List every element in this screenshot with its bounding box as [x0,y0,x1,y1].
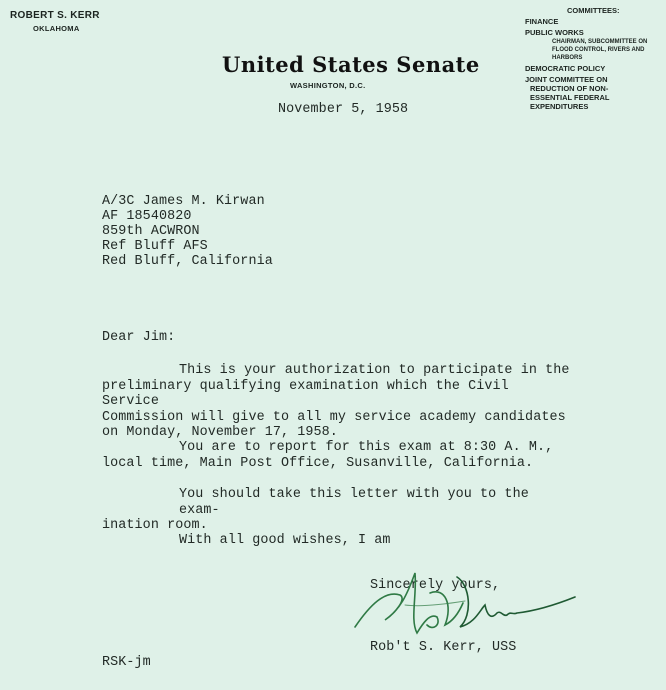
paragraph-line: Commission will give to all my service a… [102,410,572,426]
paragraph: With all good wishes, I am [102,533,572,549]
committee-democratic-policy: DEMOCRATIC POLICY [525,64,647,73]
signer-name: Rob't S. Kerr, USS [370,640,516,655]
committee-joint-line: EXPENDITURES [525,102,647,111]
sender-name: ROBERT S. KERR [10,10,100,21]
paragraph-line: You should take this letter with you to … [102,487,572,518]
address-line: Red Bluff, California [102,254,273,269]
paragraph-line: local time, Main Post Office, Susanville… [102,456,572,472]
paragraph-line: With all good wishes, I am [102,533,572,549]
address-line: A/3C James M. Kirwan [102,194,273,209]
committee-joint: JOINT COMMITTEE ON [525,75,647,84]
committee-sub-line: HARBORS [525,54,647,62]
committee-joint-line: ESSENTIAL FEDERAL [525,93,647,102]
address-line: 859th ACWRON [102,224,273,239]
committee-sub-line: CHAIRMAN, SUBCOMMITTEE ON [525,38,647,46]
letter-date: November 5, 1958 [278,102,408,117]
paragraph-line: preliminary qualifying examination which… [102,379,572,410]
senate-title: United States Senate [222,52,480,77]
address-line: Ref Bluff AFS [102,239,273,254]
committees-heading: COMMITTEES: [525,6,647,15]
committee-joint-line: REDUCTION OF NON- [525,84,647,93]
senate-city: WASHINGTON, D.C. [290,81,366,90]
signature-icon [345,565,595,645]
committee-public-works: PUBLIC WORKS [525,28,647,37]
paragraph: This is your authorization to participat… [102,363,572,441]
reference-initials: RSK-jm [102,655,151,670]
committee-sub-line: FLOOD CONTROL, RIVERS AND [525,46,647,54]
paragraph-line: This is your authorization to participat… [102,363,572,379]
committees-list: COMMITTEES: FINANCE PUBLIC WORKS CHAIRMA… [525,6,647,112]
paragraph: You are to report for this exam at 8:30 … [102,440,572,471]
paragraph-line: You are to report for this exam at 8:30 … [102,440,572,456]
sender-state: OKLAHOMA [33,24,80,33]
paragraph-line: on Monday, November 17, 1958. [102,425,572,441]
committee-finance: FINANCE [525,17,647,26]
recipient-address: A/3C James M. Kirwan AF 18540820 859th A… [102,194,273,269]
salutation: Dear Jim: [102,330,175,345]
paragraph: You should take this letter with you to … [102,487,572,534]
paragraph-line: ination room. [102,518,572,534]
address-line: AF 18540820 [102,209,273,224]
